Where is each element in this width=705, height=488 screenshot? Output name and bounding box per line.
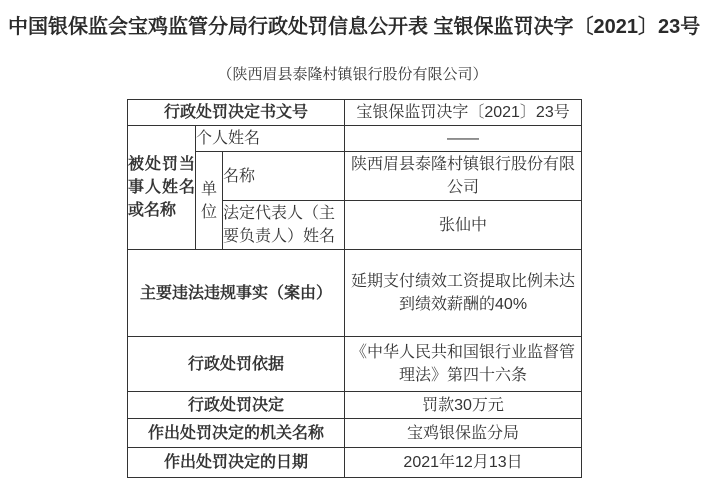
doc-no-value-cell: 宝银保监罚决字〔2021〕23号 [345,100,582,126]
facts-label-cell: 主要违法违规事实（案由） [128,250,345,337]
legal-rep-value-cell: 张仙中 [345,201,582,250]
authority-value-cell: 宝鸡银保监分局 [345,419,582,448]
authority-label-cell: 作出处罚决定的机关名称 [128,419,345,448]
basis-label-cell: 行政处罚依据 [128,337,345,392]
row-facts: 主要违法违规事实（案由） 延期支付绩效工资提取比例未达到绩效薪酬的40% [128,250,582,337]
unit-name-value-cell: 陕西眉县泰隆村镇银行股份有限公司 [345,152,582,201]
facts-value-cell: 延期支付绩效工资提取比例未达到绩效薪酬的40% [345,250,582,337]
personal-name-label-cell: 个人姓名 [196,126,345,152]
decision-label-cell: 行政处罚决定 [128,392,345,419]
basis-value-cell: 《中华人民共和国银行业监督管理法》第四十六条 [345,337,582,392]
row-basis: 行政处罚依据 《中华人民共和国银行业监督管理法》第四十六条 [128,337,582,392]
page-title: 中国银保监会宝鸡监管分局行政处罚信息公开表 宝银保监罚决字〔2021〕23号 [8,14,697,40]
row-authority: 作出处罚决定的机关名称 宝鸡银保监分局 [128,419,582,448]
row-decision: 行政处罚决定 罚款30万元 [128,392,582,419]
legal-rep-label-cell: 法定代表人（主要负责人）姓名 [223,201,345,250]
row-doc-no: 行政处罚决定书文号 宝银保监罚决字〔2021〕23号 [128,100,582,126]
unit-name-label-cell: 名称 [223,152,345,201]
page-subtitle: （陕西眉县泰隆村镇银行股份有限公司） [0,66,705,84]
row-personal-name: 被处罚当事人姓名或名称 个人姓名 —— [128,126,582,152]
doc-no-label-cell: 行政处罚决定书文号 [128,100,345,126]
row-unit-name: 单位 名称 陕西眉县泰隆村镇银行股份有限公司 [128,152,582,201]
penalty-disclosure-table: 行政处罚决定书文号 宝银保监罚决字〔2021〕23号 被处罚当事人姓名或名称 个… [127,99,582,478]
personal-name-value-cell: —— [345,126,582,152]
row-date: 作出处罚决定的日期 2021年12月13日 [128,448,582,478]
party-group-label-cell: 被处罚当事人姓名或名称 [128,126,196,250]
date-label-cell: 作出处罚决定的日期 [128,448,345,478]
date-value-cell: 2021年12月13日 [345,448,582,478]
unit-label-cell: 单位 [196,152,223,250]
decision-value-cell: 罚款30万元 [345,392,582,419]
